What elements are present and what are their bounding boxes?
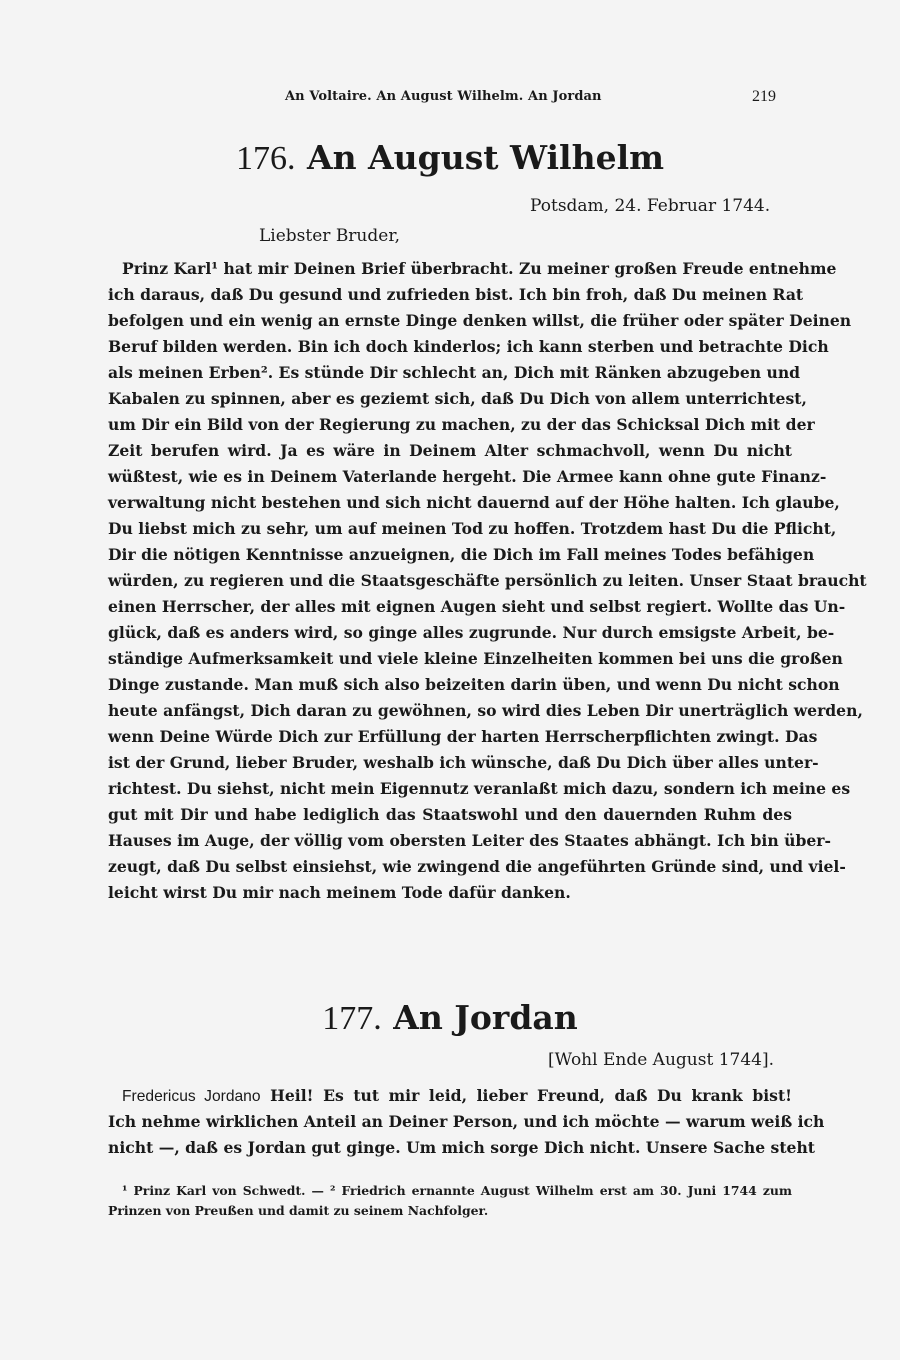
text-line: Kabalen zu spinnen, aber es geziemt sich…	[108, 386, 792, 412]
letter-176-salutation: Liebster Bruder,	[259, 226, 400, 246]
text-line: Du liebst mich zu sehr, um auf meinen To…	[108, 516, 792, 542]
letter-176-body: Prinz Karl¹ hat mir Deinen Brief überbra…	[108, 256, 792, 906]
text-line: Fredericus Jordano Heil! Es tut mir leid…	[108, 1083, 792, 1109]
text-line: befolgen und ein wenig an ernste Dinge d…	[108, 308, 792, 334]
text-line-rest: Heil! Es tut mir leid, lieber Freund, da…	[270, 1086, 792, 1105]
text-line: zeugt, daß Du selbst einsiehst, wie zwin…	[108, 854, 792, 880]
text-line: ich daraus, daß Du gesund und zufrieden …	[108, 282, 792, 308]
letter-177-body: Fredericus Jordano Heil! Es tut mir leid…	[108, 1083, 792, 1161]
letter-number: 177.	[322, 1000, 382, 1037]
text-line: Hauses im Auge, der völlig vom obersten …	[108, 828, 792, 854]
footnote-line: Prinzen von Preußen und damit zu seinem …	[108, 1201, 792, 1221]
letter-number: 176.	[236, 140, 296, 177]
text-line: ist der Grund, lieber Bruder, weshalb ic…	[108, 750, 792, 776]
text-line: um Dir ein Bild von der Regierung zu mac…	[108, 412, 792, 438]
book-page: An Voltaire. An August Wilhelm. An Jorda…	[0, 0, 900, 1360]
letter-177-title: 177. An Jordan	[0, 998, 900, 1038]
text-line: glück, daß es anders wird, so ginge alle…	[108, 620, 792, 646]
text-line: Beruf bilden werden. Bin ich doch kinder…	[108, 334, 792, 360]
text-line: leicht wirst Du mir nach meinem Tode daf…	[108, 880, 792, 906]
text-line: wenn Deine Würde Dich zur Erfüllung der …	[108, 724, 792, 750]
letter-heading: An Jordan	[393, 998, 578, 1037]
text-line: Zeit berufen wird. Ja es wäre in Deinem …	[108, 438, 792, 464]
text-line: wüßtest, wie es in Deinem Vaterlande her…	[108, 464, 792, 490]
letter-176-dateline: Potsdam, 24. Februar 1744.	[530, 196, 770, 216]
text-line: nicht —, daß es Jordan gut ginge. Um mic…	[108, 1135, 792, 1161]
text-line: verwaltung nicht bestehen und sich nicht…	[108, 490, 792, 516]
text-line: heute anfängst, Dich daran zu gewöhnen, …	[108, 698, 792, 724]
text-line: Prinz Karl¹ hat mir Deinen Brief überbra…	[108, 256, 792, 282]
text-line: würden, zu regieren und die Staatsgeschä…	[108, 568, 792, 594]
footnotes: ¹ Prinz Karl von Schwedt. — ² Friedrich …	[108, 1181, 792, 1221]
text-line: Dinge zustande. Man muß sich also beizei…	[108, 672, 792, 698]
text-line: Dir die nötigen Kenntnisse anzueignen, d…	[108, 542, 792, 568]
letter-heading: An August Wilhelm	[307, 138, 664, 177]
latin-greeting: Fredericus Jordano	[122, 1088, 261, 1105]
letter-177-dateline: [Wohl Ende August 1744].	[548, 1050, 774, 1070]
text-line: als meinen Erben². Es stünde Dir schlech…	[108, 360, 792, 386]
page-number: 219	[752, 88, 776, 106]
text-line: gut mit Dir und habe lediglich das Staat…	[108, 802, 792, 828]
letter-176-title: 176. An August Wilhelm	[0, 138, 900, 178]
text-line: Ich nehme wirklichen Anteil an Deiner Pe…	[108, 1109, 792, 1135]
text-line: ständige Aufmerksamkeit und viele kleine…	[108, 646, 792, 672]
text-line: einen Herrscher, der alles mit eignen Au…	[108, 594, 792, 620]
text-line: richtest. Du siehst, nicht mein Eigennut…	[108, 776, 792, 802]
running-head: An Voltaire. An August Wilhelm. An Jorda…	[285, 89, 615, 104]
footnote-line: ¹ Prinz Karl von Schwedt. — ² Friedrich …	[108, 1181, 792, 1201]
